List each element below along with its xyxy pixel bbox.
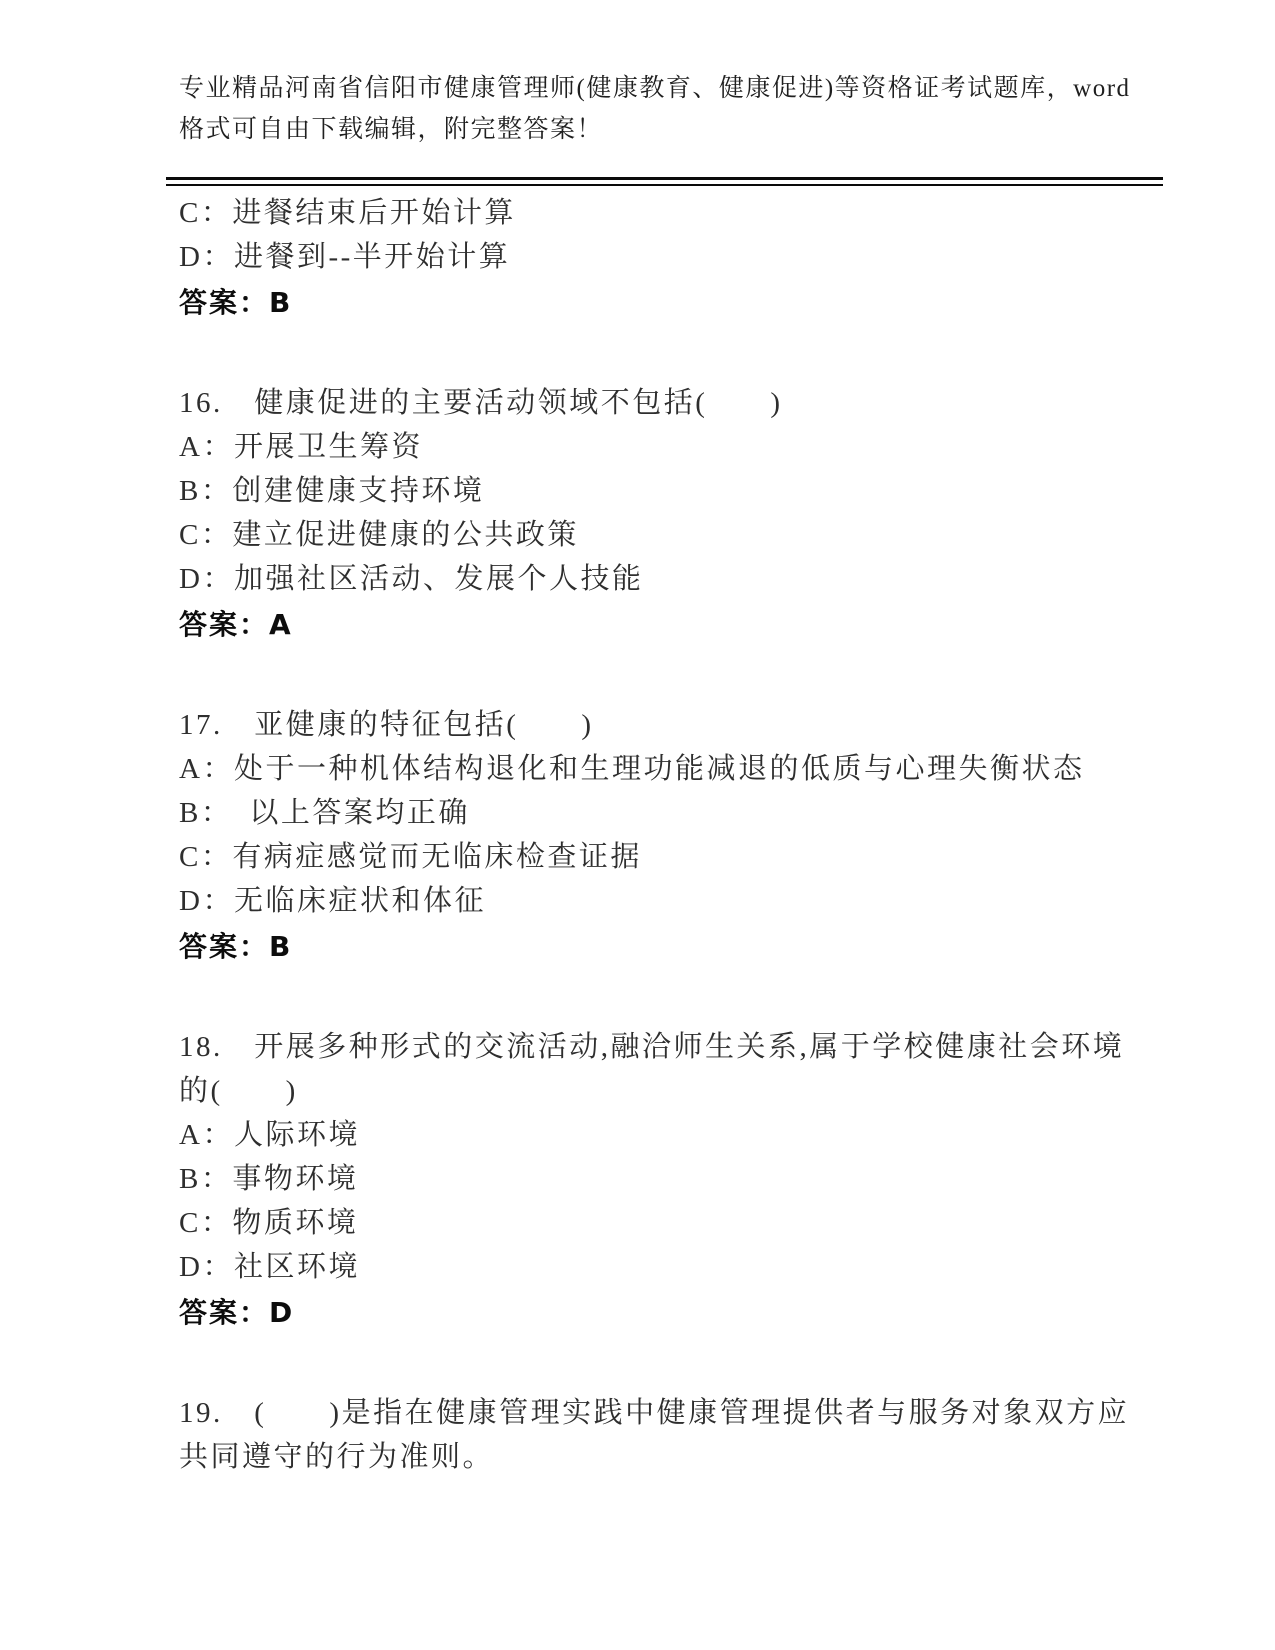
- q17-option-a: A：处于一种机体结构退化和生理功能减退的低质与心理失衡状态: [179, 747, 1189, 791]
- q17-stem: 17. 亚健康的特征包括( ): [179, 703, 1189, 747]
- q18-stem-line-2: 的( ): [179, 1069, 1189, 1113]
- q15-answer-line: 答案：B: [179, 281, 1189, 325]
- document-body: C：进餐结束后开始计算 D：进餐到--半开始计算 答案：B 16. 健康促进的主…: [179, 191, 1189, 1479]
- q18-answer-line: 答案：D: [179, 1291, 1189, 1335]
- q18-stem-line-1: 18. 开展多种形式的交流活动,融洽师生关系,属于学校健康社会环境: [179, 1025, 1189, 1069]
- q18-option-d: D：社区环境: [179, 1245, 1189, 1289]
- q18-option-a: A：人际环境: [179, 1113, 1189, 1157]
- q16-option-d: D：加强社区活动、发展个人技能: [179, 557, 1189, 601]
- q18-option-b: B：事物环境: [179, 1157, 1189, 1201]
- q16-option-c: C：建立促进健康的公共政策: [179, 513, 1189, 557]
- question-block-19: 19. ( )是指在健康管理实践中健康管理提供者与服务对象双方应 共同遵守的行为…: [179, 1391, 1189, 1479]
- q17-option-c: C：有病症感觉而无临床检查证据: [179, 835, 1189, 879]
- page-header: 专业精品河南省信阳市健康管理师(健康教育、健康促进)等资格证考试题库，word …: [179, 68, 1169, 150]
- q19-stem-line-1: 19. ( )是指在健康管理实践中健康管理提供者与服务对象双方应: [179, 1391, 1189, 1435]
- q16-answer-line: 答案：A: [179, 603, 1189, 647]
- q15-option-c: C：进餐结束后开始计算: [179, 191, 1189, 235]
- header-text-line-2: 格式可自由下载编辑，附完整答案！: [179, 109, 1169, 150]
- question-block-16: 16. 健康促进的主要活动领域不包括( ) A：开展卫生筹资 B：创建健康支持环…: [179, 381, 1189, 647]
- q16-option-b: B：创建健康支持环境: [179, 469, 1189, 513]
- question-block-18: 18. 开展多种形式的交流活动,融洽师生关系,属于学校健康社会环境 的( ) A…: [179, 1025, 1189, 1335]
- q18-option-c: C：物质环境: [179, 1201, 1189, 1245]
- q15-option-d: D：进餐到--半开始计算: [179, 235, 1189, 279]
- header-text-line-1: 专业精品河南省信阳市健康管理师(健康教育、健康促进)等资格证考试题库，word: [179, 68, 1169, 109]
- document-page: 专业精品河南省信阳市健康管理师(健康教育、健康促进)等资格证考试题库，word …: [0, 0, 1275, 1650]
- q16-option-a: A：开展卫生筹资: [179, 425, 1189, 469]
- question-block-17: 17. 亚健康的特征包括( ) A：处于一种机体结构退化和生理功能减退的低质与心…: [179, 703, 1189, 969]
- question-block-15: C：进餐结束后开始计算 D：进餐到--半开始计算 答案：B: [179, 191, 1189, 325]
- q19-stem-line-2: 共同遵守的行为准则。: [179, 1435, 1189, 1479]
- q17-option-b: B： 以上答案均正确: [179, 791, 1189, 835]
- q17-option-d: D：无临床症状和体征: [179, 879, 1189, 923]
- header-divider-rule: [166, 177, 1163, 186]
- q16-stem: 16. 健康促进的主要活动领域不包括( ): [179, 381, 1189, 425]
- q17-answer-line: 答案：B: [179, 925, 1189, 969]
